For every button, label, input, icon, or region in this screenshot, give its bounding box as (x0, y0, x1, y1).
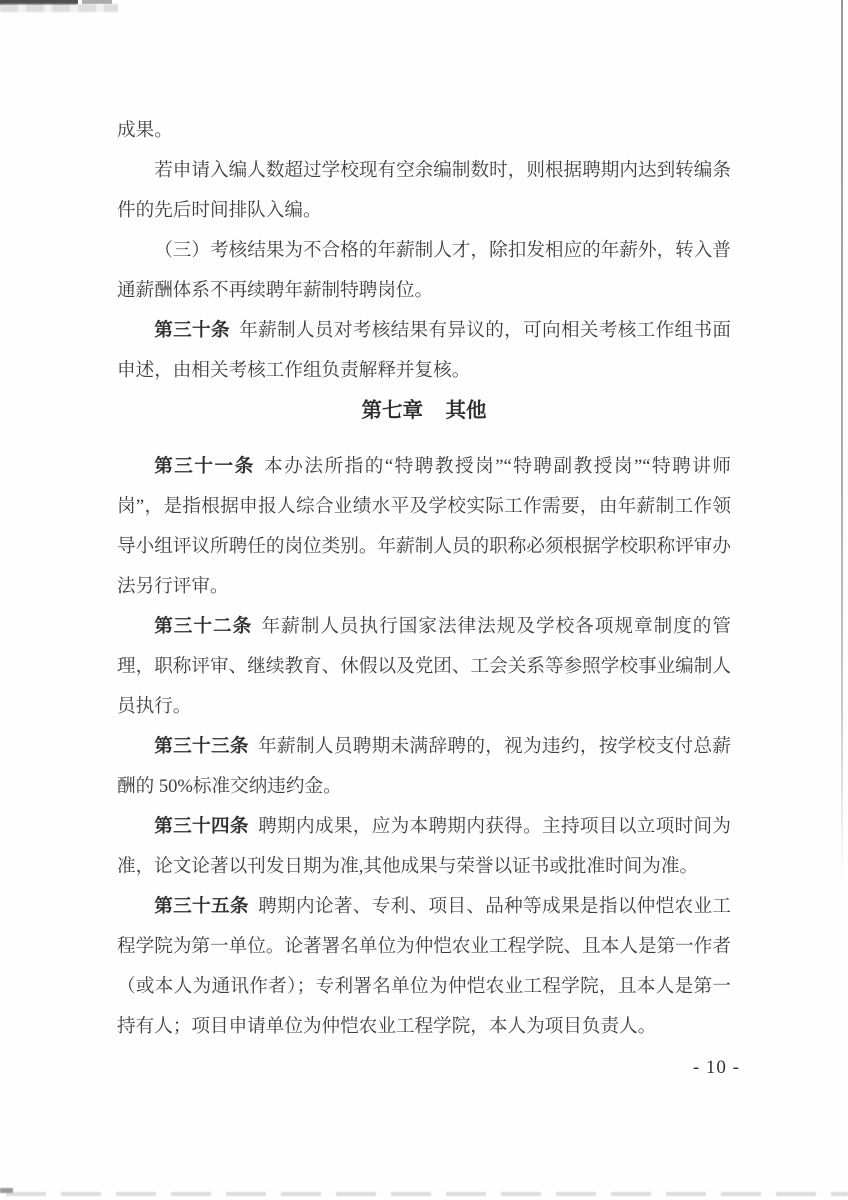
article-number: 第三十一条 (154, 456, 255, 477)
article-number: 第三十二条 (154, 616, 252, 637)
paragraph-text: 成果。 (117, 120, 173, 141)
paragraph-item-3: （三）考核结果为不合格的年薪制人才，除扣发相应的年薪外，转入普通薪酬体系不再续聘… (117, 231, 731, 311)
article-number: 第三十四条 (154, 816, 249, 837)
article-31: 第三十一条本办法所指的“特聘教授岗”“特聘副教授岗”“特聘讲师岗”，是指根据申报… (117, 447, 731, 607)
article-number: 第三十五条 (154, 896, 249, 917)
article-number: 第三十条 (154, 320, 230, 341)
scan-artifact-bottom-left-mark (0, 1188, 13, 1193)
chapter-number: 第七章 (361, 400, 423, 422)
chapter-title: 其他 (446, 400, 487, 422)
page-number: - 10 - (0, 1055, 740, 1081)
document-page: 成果。 若申请入编人数超过学校现有空余编制数时，则根据聘期内达到转编条件的先后时… (0, 0, 848, 1200)
article-35: 第三十五条聘期内论著、专利、项目、品种等成果是指以仲恺农业工程学院为第一单位。论… (117, 887, 731, 1047)
paragraph-text: （三）考核结果为不合格的年薪制人才，除扣发相应的年薪外，转入普通薪酬体系不再续聘… (117, 240, 731, 301)
article-number: 第三十三条 (154, 736, 249, 757)
article-text: 聘期内论著、专利、项目、品种等成果是指以仲恺农业工程学院为第一单位。论著署名单位… (117, 896, 731, 1037)
article-33: 第三十三条年薪制人员聘期未满辞聘的，视为违约，按学校支付总薪酬的 50%标准交纳… (117, 727, 731, 807)
scan-artifact-right-edge-line (841, 0, 843, 880)
article-30: 第三十条年薪制人员对考核结果有异议的，可向相关考核工作组书面申述，由相关考核工作… (117, 311, 731, 391)
paragraph-text: 若申请入编人数超过学校现有空余编制数时，则根据聘期内达到转编条件的先后时间排队入… (117, 160, 731, 221)
paragraph-continuation: 成果。 (117, 111, 731, 151)
article-34: 第三十四条聘期内成果，应为本聘期内获得。主持项目以立项时间为准，论文论著以刊发日… (117, 807, 731, 887)
paragraph: 若申请入编人数超过学校现有空余编制数时，则根据聘期内达到转编条件的先后时间排队入… (117, 151, 731, 231)
scan-artifact-bottom-dashed-line (6, 1192, 848, 1196)
article-32: 第三十二条年薪制人员执行国家法律法规及学校各项规章制度的管理，职称评审、继续教育… (117, 607, 731, 727)
document-body: 成果。 若申请入编人数超过学校现有空余编制数时，则根据聘期内达到转编条件的先后时… (117, 111, 731, 1047)
chapter-heading: 第七章其他 (117, 391, 731, 431)
scan-artifact-top-left-smudge (0, 4, 118, 12)
article-text: 本办法所指的“特聘教授岗”“特聘副教授岗”“特聘讲师岗”，是指根据申报人综合业绩… (117, 456, 731, 597)
